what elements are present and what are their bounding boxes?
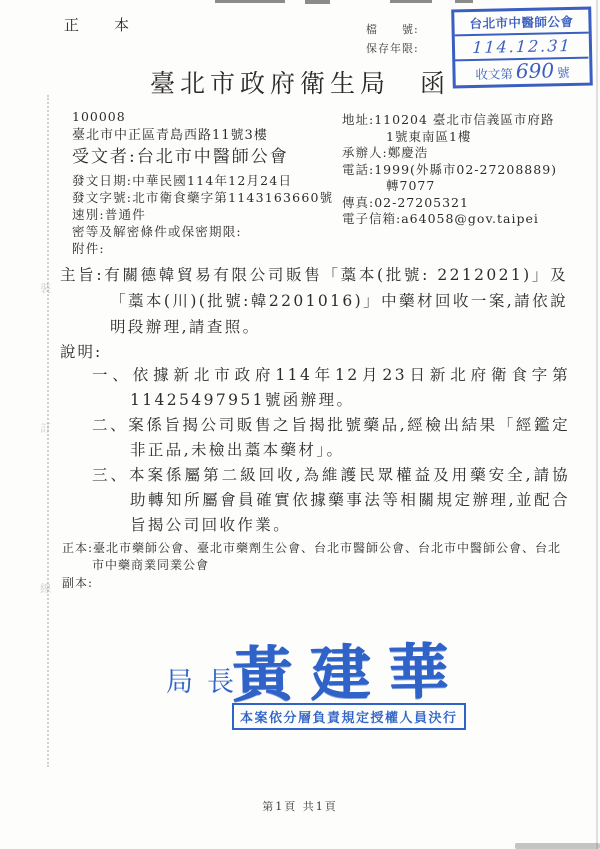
binding-mark: 裝 <box>40 280 51 296</box>
scan-edge-artifact <box>515 843 600 849</box>
receipt-stamp-org: 台北市中醫師公會 <box>454 10 588 37</box>
contact-person: 承辦人:鄭慶浩 <box>342 145 582 162</box>
scan-edge-artifact <box>390 0 432 3</box>
file-number-block: 檔 號: 保存年限: <box>366 20 419 58</box>
recipient-name: 受文者:台北市中醫師公會 <box>72 149 289 166</box>
subject-label: 主旨: <box>60 266 104 284</box>
item-text: 依據新北市政府114年12月23日新北府衛食字第11425497951號函辦理。 <box>130 366 570 409</box>
email-address: 電子信箱:a64058@gov.taipei <box>342 211 582 228</box>
delegation-authority-stamp: 本案依分層負責規定授權人員決行 <box>232 703 466 730</box>
subject-text: 有關德韓貿易有限公司販售「藁本(批號: 2212021)」及「藁本(川)(批號:… <box>104 266 568 336</box>
recipient-postal-code: 100008 <box>72 108 289 125</box>
copy-recipients-label: 副本: <box>62 575 572 592</box>
distribution-block: 正本:臺北市藥師公會、臺北市藥劑生公會、台北市醫師公會、台北市中醫師公會、台北市… <box>62 540 572 592</box>
item-text: 案係旨揭公司販售之旨揭批號藥品,經檢出結果「經鑑定非正品,未檢出藁本藥材」。 <box>128 416 570 459</box>
scan-edge-artifact <box>215 0 285 3</box>
binding-mark: 訂 <box>40 420 51 436</box>
commissioner-signature-stamp: 黃建華 <box>231 624 466 714</box>
original-list: 臺北市藥師公會、臺北市藥劑生公會、台北市醫師公會、台北市中醫師公會、台北市中藥商… <box>92 541 561 572</box>
scan-edge-artifact <box>596 0 598 849</box>
copy-type-label: 正 本 <box>64 14 139 35</box>
scan-edge-artifact <box>305 0 330 4</box>
sender-address-line1: 地址:110204 臺北市信義區市府路 <box>342 112 582 129</box>
original-recipients: 正本:臺北市藥師公會、臺北市藥劑生公會、台北市醫師公會、台北市中醫師公會、台北市… <box>62 540 572 574</box>
original-label: 正本: <box>62 541 93 555</box>
recipient-address: 臺北市中正區青島西路11號3樓 <box>72 127 289 144</box>
scanned-official-letter: 裝 訂 線 正 本 檔 號: 保存年限: 台北市中醫師公會 114.12.31 … <box>0 0 600 849</box>
file-number-label: 檔 號: <box>366 20 419 39</box>
document-meta-block: 發文日期:中華民國114年12月24日 發文字號:北市衛食藥字第11431636… <box>72 172 333 257</box>
sender-contact-block: 地址:110204 臺北市信義區市府路 1號東南區1樓 承辦人:鄭慶浩 電話:1… <box>342 112 582 228</box>
scan-edge-artifact <box>455 0 473 3</box>
issue-number: 發文字號:北市衛食藥字第1143163660號 <box>72 189 333 206</box>
item-number: 一、 <box>92 366 133 384</box>
document-title: 臺北市政府衛生局 函 <box>0 64 600 100</box>
phone-line2: 轉7077 <box>342 178 582 195</box>
item-number: 二、 <box>92 416 128 434</box>
explanation-item-2: 二、案係旨揭公司販售之旨揭批號藥品,經檢出結果「經鑑定非正品,未檢出藁本藥材」。 <box>92 413 570 463</box>
issue-date: 發文日期:中華民國114年12月24日 <box>72 172 333 189</box>
subject-paragraph: 主旨:有關德韓貿易有限公司販售「藁本(批號: 2212021)」及「藁本(川)(… <box>60 262 568 340</box>
binding-mark: 線 <box>40 580 51 596</box>
explanation-items: 一、依據新北市政府114年12月23日新北府衛食字第11425497951號函辦… <box>92 363 570 538</box>
recipient-block: 100008 臺北市中正區青島西路11號3樓 受文者:台北市中醫師公會 <box>72 108 289 166</box>
phone-line1: 電話:1999(外縣市02-27208889) <box>342 162 582 179</box>
item-text: 本案係屬第二級回收,為維護民眾權益及用藥安全,請協助轉知所屬會員確實依據藥事法等… <box>129 466 570 534</box>
retention-period-label: 保存年限: <box>366 39 419 58</box>
classification: 密等及解密條件或保密期限: <box>72 223 333 240</box>
delivery-speed: 速別:普通件 <box>72 206 333 223</box>
receipt-stamp-date-handwritten: 114.12.31 <box>454 34 589 62</box>
item-number: 三、 <box>92 466 129 484</box>
sender-address-line2: 1號東南區1樓 <box>342 129 582 146</box>
explanation-item-1: 一、依據新北市政府114年12月23日新北府衛食字第11425497951號函辦… <box>92 363 570 413</box>
explanation-item-3: 三、本案係屬第二級回收,為維護民眾權益及用藥安全,請協助轉知所屬會員確實依據藥事… <box>92 463 570 538</box>
page-number: 第1頁 共1頁 <box>0 798 600 814</box>
attachment-label: 附件: <box>72 240 333 257</box>
fax-number: 傳真:02-27205321 <box>342 195 582 212</box>
explanation-label: 說明: <box>60 340 102 362</box>
